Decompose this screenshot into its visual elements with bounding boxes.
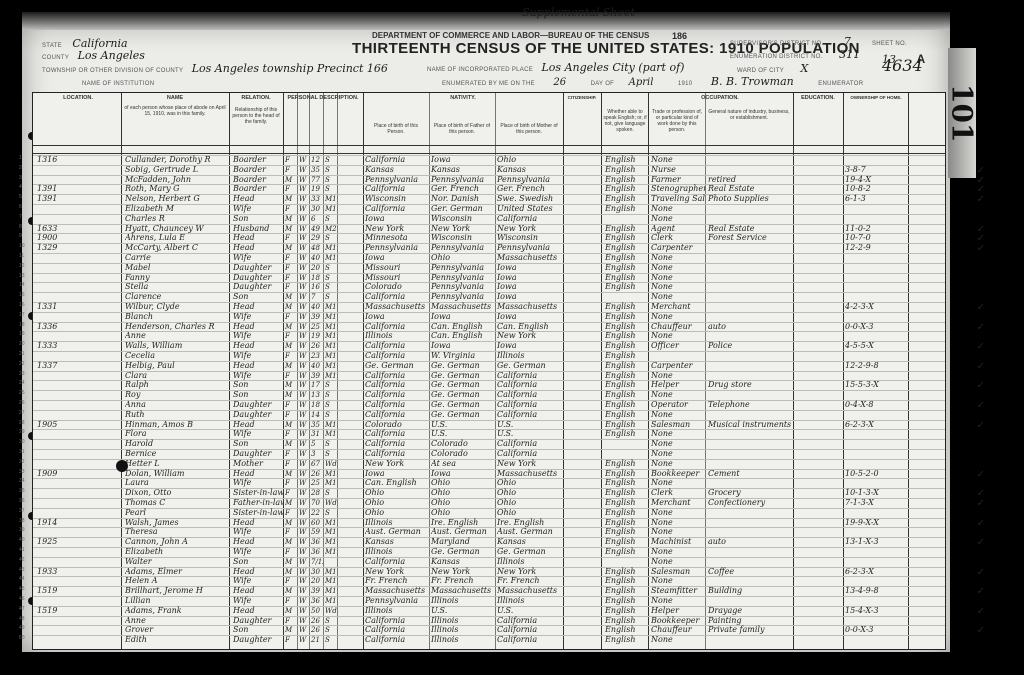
scan-edge-shadow bbox=[22, 12, 950, 30]
marital-status: S bbox=[325, 214, 339, 224]
institution-label: Name of institution bbox=[82, 81, 154, 87]
age: 13 bbox=[311, 390, 323, 400]
relation: Boarder bbox=[233, 175, 283, 185]
row-number: 48 bbox=[19, 616, 25, 622]
person-name: Dixon, Otto bbox=[125, 488, 229, 498]
marital-status: M1 bbox=[325, 537, 339, 547]
relation: Daughter bbox=[233, 263, 283, 273]
table-row: 41391Roth, Mary GBoarderFW19SCaliforniaG… bbox=[33, 184, 945, 194]
birthplace-father: Pennsylvania bbox=[431, 175, 495, 185]
birthplace-mother: Massachusetts bbox=[497, 302, 563, 312]
page-number: 186 bbox=[672, 31, 687, 41]
ownership-code: 10-7-0 bbox=[845, 233, 907, 243]
relation: Wife bbox=[233, 429, 283, 439]
birthplace-person: New York bbox=[365, 224, 429, 234]
marital-status: M1 bbox=[325, 420, 339, 430]
birthplace-father: W. Virginia bbox=[431, 351, 495, 361]
row-number: 50 bbox=[19, 635, 25, 641]
race: W bbox=[299, 204, 309, 214]
birthplace-person: California bbox=[365, 439, 429, 449]
birthplace-person: Kansas bbox=[365, 165, 429, 175]
marital-status: Wd bbox=[325, 606, 339, 616]
birthplace-mother: Swe. Swedish bbox=[497, 194, 563, 204]
person-name: Hetter L bbox=[125, 459, 229, 469]
sex: M bbox=[285, 341, 297, 351]
birthplace-person: California bbox=[365, 292, 429, 302]
birthplace-mother: Pennsylvania bbox=[497, 243, 563, 253]
age: 33 bbox=[311, 194, 323, 204]
language: English bbox=[605, 282, 648, 292]
ownership-code: 3-8-7 bbox=[845, 165, 907, 175]
table-row: 51391Nelson, Herbert GHeadMW33M1Wisconsi… bbox=[33, 194, 945, 204]
person-name: McFadden, John bbox=[125, 175, 229, 185]
relation: Head bbox=[233, 606, 283, 616]
birthplace-person: California bbox=[365, 557, 429, 567]
age: 59 bbox=[311, 527, 323, 537]
trade: Salesman bbox=[651, 567, 705, 577]
industry-header: General nature of industry, business, or… bbox=[707, 109, 791, 121]
race: W bbox=[299, 322, 309, 332]
age: 20 bbox=[311, 263, 323, 273]
person-name: Adams, Elmer bbox=[125, 567, 229, 577]
sex: M bbox=[285, 439, 297, 449]
table-row: 221337Helbig, PaulHeadMW40M1Ge. GermanGe… bbox=[33, 361, 945, 371]
birthplace-father: Ge. German bbox=[431, 380, 495, 390]
group-location: LOCATION. bbox=[43, 95, 113, 101]
relation: Wife bbox=[233, 527, 283, 537]
birthplace-mother: Pennsylvania bbox=[497, 175, 563, 185]
sex: F bbox=[285, 371, 297, 381]
sex: M bbox=[285, 420, 297, 430]
birthplace-mother: Illinois bbox=[497, 351, 563, 361]
dwelling-number: 1633 bbox=[37, 224, 73, 234]
birthplace-mother: California bbox=[497, 214, 563, 224]
trade: Operator bbox=[651, 400, 705, 410]
race: W bbox=[299, 488, 309, 498]
language: English bbox=[605, 410, 648, 420]
sex: F bbox=[285, 155, 297, 165]
birthplace-father: New York bbox=[431, 224, 495, 234]
dwelling-number: 1391 bbox=[37, 184, 73, 194]
race: W bbox=[299, 263, 309, 273]
age: 21 bbox=[311, 635, 323, 645]
race: W bbox=[299, 527, 309, 537]
birthplace-father: Pennsylvania bbox=[431, 263, 495, 273]
birthplace-person: California bbox=[365, 351, 429, 361]
birthplace-father: U.S. bbox=[431, 420, 495, 430]
birthplace-mother: California bbox=[497, 625, 563, 635]
relation: Wife bbox=[233, 547, 283, 557]
ownership-code: 0-4-X-8 bbox=[845, 400, 907, 410]
sex: M bbox=[285, 557, 297, 567]
table-row: 471519Adams, FrankHeadMW50WdIllinoisU.S.… bbox=[33, 606, 945, 616]
birthplace-mother: Can. English bbox=[497, 322, 563, 332]
race: W bbox=[299, 606, 309, 616]
age: 67 bbox=[311, 459, 323, 469]
marital-status: M1 bbox=[325, 243, 339, 253]
person-name: Pearl bbox=[125, 508, 229, 518]
department-heading: DEPARTMENT OF COMMERCE AND LABOR—BUREAU … bbox=[372, 31, 649, 40]
table-row: 39TheresaWifeFW59M1Aust. GermanAust. Ger… bbox=[33, 527, 945, 537]
relation: Sister-in-law bbox=[233, 508, 283, 518]
age: 30 bbox=[311, 204, 323, 214]
group-citizenship: CITIZENSHIP. bbox=[565, 95, 599, 100]
industry: Drayage bbox=[708, 606, 793, 616]
table-row: 21CeceliaWifeFW23M1CaliforniaW. Virginia… bbox=[33, 351, 945, 361]
row-number: 46 bbox=[19, 596, 25, 602]
table-row: 201333Walls, WilliamHeadMW26M1California… bbox=[33, 341, 945, 351]
race: W bbox=[299, 459, 309, 469]
enumerated-month: April bbox=[629, 77, 654, 88]
trade: None bbox=[651, 518, 705, 528]
birthplace-mother: New York bbox=[497, 224, 563, 234]
language: English bbox=[605, 204, 648, 214]
table-row: 101329McCarty, Albert CHeadMW48M1Pennsyl… bbox=[33, 243, 945, 253]
age: 7 bbox=[311, 292, 323, 302]
race: W bbox=[299, 243, 309, 253]
row-number: 35 bbox=[19, 488, 25, 494]
sex: M bbox=[285, 194, 297, 204]
birthplace-father: Can. English bbox=[431, 331, 495, 341]
table-row: 12MabelDaughterFW20SMissouriPennsylvania… bbox=[33, 263, 945, 273]
birthplace-mother: Iowa bbox=[497, 263, 563, 273]
row-number: 43 bbox=[19, 567, 25, 573]
sex: F bbox=[285, 253, 297, 263]
birthplace-mother: California bbox=[497, 410, 563, 420]
birthplace-mother: New York bbox=[497, 567, 563, 577]
sex: F bbox=[285, 635, 297, 645]
ownership-code: 0-0-X-3 bbox=[845, 625, 907, 635]
row-number: 2 bbox=[19, 165, 22, 171]
language: English bbox=[605, 586, 648, 596]
birthplace-mother: Aust. German bbox=[497, 527, 563, 537]
birthplace-person: Fr. French bbox=[365, 576, 429, 586]
birthplace-father: Ge. German bbox=[431, 547, 495, 557]
person-name: Helbig, Paul bbox=[125, 361, 229, 371]
language: English bbox=[605, 527, 648, 537]
race: W bbox=[299, 361, 309, 371]
person-name: Flora bbox=[125, 429, 229, 439]
table-row: 14StellaDaughterFW16SColoradoPennsylvani… bbox=[33, 282, 945, 292]
dwelling-number: 1331 bbox=[37, 302, 73, 312]
birthplace-person: Ohio bbox=[365, 488, 429, 498]
ownership-code: 4-5-5-X bbox=[845, 341, 907, 351]
race: W bbox=[299, 429, 309, 439]
sex: F bbox=[285, 351, 297, 361]
age: 23 bbox=[311, 351, 323, 361]
language: English bbox=[605, 498, 648, 508]
language: English bbox=[605, 175, 648, 185]
table-row: 281905Hinman, Amos BHeadMW35M1ColoradoU.… bbox=[33, 420, 945, 430]
row-number: 44 bbox=[19, 576, 25, 582]
race: W bbox=[299, 341, 309, 351]
row-number: 31 bbox=[19, 449, 25, 455]
row-number: 4 bbox=[19, 184, 22, 190]
birthplace-mother: U.S. bbox=[497, 429, 563, 439]
table-row: 27RuthDaughterFW14SCaliforniaGe. GermanC… bbox=[33, 410, 945, 420]
relation: Head bbox=[233, 322, 283, 332]
trade: Bookkeeper bbox=[651, 616, 705, 626]
header-rule bbox=[33, 145, 945, 146]
race: W bbox=[299, 233, 309, 243]
sex: F bbox=[285, 527, 297, 537]
age: 7/12 bbox=[311, 557, 323, 567]
row-number: 17 bbox=[19, 312, 25, 318]
table-row: 91900Ahrens, Lula EHeadFW29SMinnesotaWis… bbox=[33, 233, 945, 243]
person-name: Lillian bbox=[125, 596, 229, 606]
relation: Sister-in-law bbox=[233, 488, 283, 498]
birthplace-father: Ohio bbox=[431, 508, 495, 518]
row-number: 39 bbox=[19, 527, 25, 533]
language: English bbox=[605, 488, 648, 498]
age: 26 bbox=[311, 616, 323, 626]
birthplace-mother: California bbox=[497, 635, 563, 645]
person-name: Hyatt, Chauncey W bbox=[125, 224, 229, 234]
relation: Wife bbox=[233, 371, 283, 381]
sex: F bbox=[285, 449, 297, 459]
ownership-code: 13-1-X-3 bbox=[845, 537, 907, 547]
age: 26 bbox=[311, 469, 323, 479]
table-row: 48AnneDaughterFW26SCaliforniaIllinoisCal… bbox=[33, 616, 945, 626]
race: W bbox=[299, 576, 309, 586]
industry: Musical instruments bbox=[708, 420, 793, 430]
row-number: 14 bbox=[19, 282, 25, 288]
checkmark-icon: ✓ bbox=[977, 302, 985, 313]
ownership-code: 6-2-3-X bbox=[845, 420, 907, 430]
birthplace-father: U.S. bbox=[431, 606, 495, 616]
birthplace-person: Illinois bbox=[365, 606, 429, 616]
row-number: 42 bbox=[19, 557, 25, 563]
trade: None bbox=[651, 410, 705, 420]
person-name: Laura bbox=[125, 478, 229, 488]
sheet-label: Sheet No. bbox=[872, 41, 907, 47]
checkmark-icon: ✓ bbox=[977, 469, 985, 480]
race: W bbox=[299, 567, 309, 577]
sex: F bbox=[285, 488, 297, 498]
marital-status: S bbox=[325, 165, 339, 175]
language: English bbox=[605, 635, 648, 645]
supplemental-note: Supplemental Sheet bbox=[522, 6, 635, 19]
marital-status: Wd bbox=[325, 459, 339, 469]
language: English bbox=[605, 263, 648, 273]
person-name: Henderson, Charles R bbox=[125, 322, 229, 332]
birthplace-father: U.S. bbox=[431, 429, 495, 439]
year: 1910 bbox=[678, 81, 693, 87]
sex: M bbox=[285, 292, 297, 302]
trade: Traveling Salesman bbox=[651, 194, 705, 204]
trade: Carpenter bbox=[651, 361, 705, 371]
race: W bbox=[299, 410, 309, 420]
age: 18 bbox=[311, 273, 323, 283]
marital-status: M1 bbox=[325, 527, 339, 537]
birthplace-father: Colorado bbox=[431, 449, 495, 459]
birthplace-mother: California bbox=[497, 616, 563, 626]
table-row: 24RalphSonMW17SCaliforniaGe. GermanCalif… bbox=[33, 380, 945, 390]
trade: None bbox=[651, 478, 705, 488]
birthplace-father: Ohio bbox=[431, 253, 495, 263]
age: 40 bbox=[311, 361, 323, 371]
table-row: 49GroverSonMW26SCaliforniaIllinoisCalifo… bbox=[33, 625, 945, 635]
marital-status: M1 bbox=[325, 351, 339, 361]
birthplace-mother: New York bbox=[497, 331, 563, 341]
trade: None bbox=[651, 635, 705, 645]
relation: Head bbox=[233, 567, 283, 577]
trade: None bbox=[651, 390, 705, 400]
person-name: Hinman, Amos B bbox=[125, 420, 229, 430]
table-row: 381914Walsh, JamesHeadMW60M1IllinoisIre.… bbox=[33, 518, 945, 528]
dwelling-number: 1519 bbox=[37, 606, 73, 616]
birthplace-person: California bbox=[365, 635, 429, 645]
birthplace-father: Iowa bbox=[431, 341, 495, 351]
checkmark-icon: ✓ bbox=[977, 194, 985, 205]
age: 30 bbox=[311, 567, 323, 577]
row-number: 26 bbox=[19, 400, 25, 406]
birthplace-mother: Iowa bbox=[497, 292, 563, 302]
birthplace-person: California bbox=[365, 410, 429, 420]
birthplace-person: Wisconsin bbox=[365, 194, 429, 204]
table-row: 401925Cannon, John AHeadMW36M1KansasMary… bbox=[33, 537, 945, 547]
age: 12 bbox=[311, 155, 323, 165]
race: W bbox=[299, 420, 309, 430]
trade: None bbox=[651, 292, 705, 302]
relation: Father-in-law bbox=[233, 498, 283, 508]
language: English bbox=[605, 508, 648, 518]
birthplace-father: Illinois bbox=[431, 635, 495, 645]
person-name: Helen A bbox=[125, 576, 229, 586]
language: English bbox=[605, 243, 648, 253]
birthplace-person: Aust. German bbox=[365, 527, 429, 537]
marital-status: S bbox=[325, 635, 339, 645]
person-name: Elizabeth M bbox=[125, 204, 229, 214]
marital-status: S bbox=[325, 184, 339, 194]
language: English bbox=[605, 312, 648, 322]
marital-status: S bbox=[325, 380, 339, 390]
sex: F bbox=[285, 263, 297, 273]
birthplace-father: Kansas bbox=[431, 557, 495, 567]
race: W bbox=[299, 537, 309, 547]
table-row: 3McFadden, JohnBoarderMW77SPennsylvaniaP… bbox=[33, 175, 945, 185]
age: 26 bbox=[311, 341, 323, 351]
age: 36 bbox=[311, 537, 323, 547]
table-row: 44Helen AWifeFW20M1Fr. FrenchFr. FrenchF… bbox=[33, 576, 945, 586]
row-number: 32 bbox=[19, 459, 25, 465]
person-name: Roth, Mary G bbox=[125, 184, 229, 194]
birthplace-father: Ohio bbox=[431, 478, 495, 488]
race: W bbox=[299, 400, 309, 410]
trade: Merchant bbox=[651, 302, 705, 312]
trade: Chauffeur bbox=[651, 322, 705, 332]
industry: Grocery bbox=[708, 488, 793, 498]
birthplace-mother: Ohio bbox=[497, 478, 563, 488]
person-name: Roy bbox=[125, 390, 229, 400]
ownership-code: 4-2-3-X bbox=[845, 302, 907, 312]
table-row: 2Sobig, Gertrude LBoarderFW35SKansasKans… bbox=[33, 165, 945, 175]
industry: Coffee bbox=[708, 567, 793, 577]
age: 77 bbox=[311, 175, 323, 185]
race: W bbox=[299, 596, 309, 606]
person-name: Clarence bbox=[125, 292, 229, 302]
language: English bbox=[605, 273, 648, 283]
day-of-label: day of bbox=[591, 81, 615, 87]
sex: F bbox=[285, 282, 297, 292]
birthplace-mother: Massachusetts bbox=[497, 253, 563, 263]
ownership-code: 10-5-2-0 bbox=[845, 469, 907, 479]
relation: Daughter bbox=[233, 400, 283, 410]
birthplace-person: Minnesota bbox=[365, 233, 429, 243]
birthplace-person: California bbox=[365, 380, 429, 390]
language: English bbox=[605, 302, 648, 312]
table-row: 32Hetter LMotherFW67WdNew YorkAt seaNew … bbox=[33, 459, 945, 469]
row-number: 12 bbox=[19, 263, 25, 269]
person-name: Walsh, James bbox=[125, 518, 229, 528]
birthplace-person: Illinois bbox=[365, 518, 429, 528]
dwelling-number: 1316 bbox=[37, 155, 73, 165]
industry: Photo Supplies bbox=[708, 194, 793, 204]
language: English bbox=[605, 400, 648, 410]
trade: None bbox=[651, 449, 705, 459]
language: English bbox=[605, 537, 648, 547]
race: W bbox=[299, 184, 309, 194]
sex: F bbox=[285, 429, 297, 439]
table-row: 6Elizabeth MWifeFW30M1CaliforniaGer. Ger… bbox=[33, 204, 945, 214]
trade: Officer bbox=[651, 341, 705, 351]
birthplace-mother: California bbox=[497, 380, 563, 390]
row-number: 10 bbox=[19, 243, 25, 249]
birthplace-person: California bbox=[365, 322, 429, 332]
age: 35 bbox=[311, 165, 323, 175]
birthplace-father: At sea bbox=[431, 459, 495, 469]
trade: Stenographer bbox=[651, 184, 705, 194]
row-number: 16 bbox=[19, 302, 25, 308]
race: W bbox=[299, 380, 309, 390]
race: W bbox=[299, 518, 309, 528]
birthplace-father: Pennsylvania bbox=[431, 243, 495, 253]
race: W bbox=[299, 155, 309, 165]
table-row: 331909Dolan, WilliamHeadMW26M1IowaIowaMa… bbox=[33, 469, 945, 479]
sex: F bbox=[285, 576, 297, 586]
relation: Head bbox=[233, 194, 283, 204]
sex: F bbox=[285, 547, 297, 557]
table-row: 451519Brillhart, Jerome HHeadMW39M1Massa… bbox=[33, 586, 945, 596]
birthplace-person: Pennsylvania bbox=[365, 243, 429, 253]
trade: None bbox=[651, 282, 705, 292]
industry: Police bbox=[708, 341, 793, 351]
age: 50 bbox=[311, 606, 323, 616]
checkmark-icon: ✓ bbox=[977, 625, 985, 636]
table-row: 19AnneWifeFW19M1IllinoisCan. EnglishNew … bbox=[33, 331, 945, 341]
birthplace-mother: California bbox=[497, 449, 563, 459]
ownership-code: 10-8-2 bbox=[845, 184, 907, 194]
birthplace-mother: Massachusetts bbox=[497, 469, 563, 479]
person-name: Mabel bbox=[125, 263, 229, 273]
marital-status: S bbox=[325, 410, 339, 420]
marital-status: S bbox=[325, 273, 339, 283]
age: 35 bbox=[311, 420, 323, 430]
row-number: 40 bbox=[19, 537, 25, 543]
trade: None bbox=[651, 429, 705, 439]
birthplace-person: California bbox=[365, 390, 429, 400]
race: W bbox=[299, 586, 309, 596]
sex: M bbox=[285, 586, 297, 596]
birthplace-father: Illinois bbox=[431, 596, 495, 606]
marital-status: M1 bbox=[325, 194, 339, 204]
birthplace-mother: Ire. English bbox=[497, 518, 563, 528]
marital-status: S bbox=[325, 282, 339, 292]
language: English bbox=[605, 596, 648, 606]
birthplace-father: Ge. German bbox=[431, 361, 495, 371]
dwelling-number: 1329 bbox=[37, 243, 73, 253]
industry: auto bbox=[708, 322, 793, 332]
